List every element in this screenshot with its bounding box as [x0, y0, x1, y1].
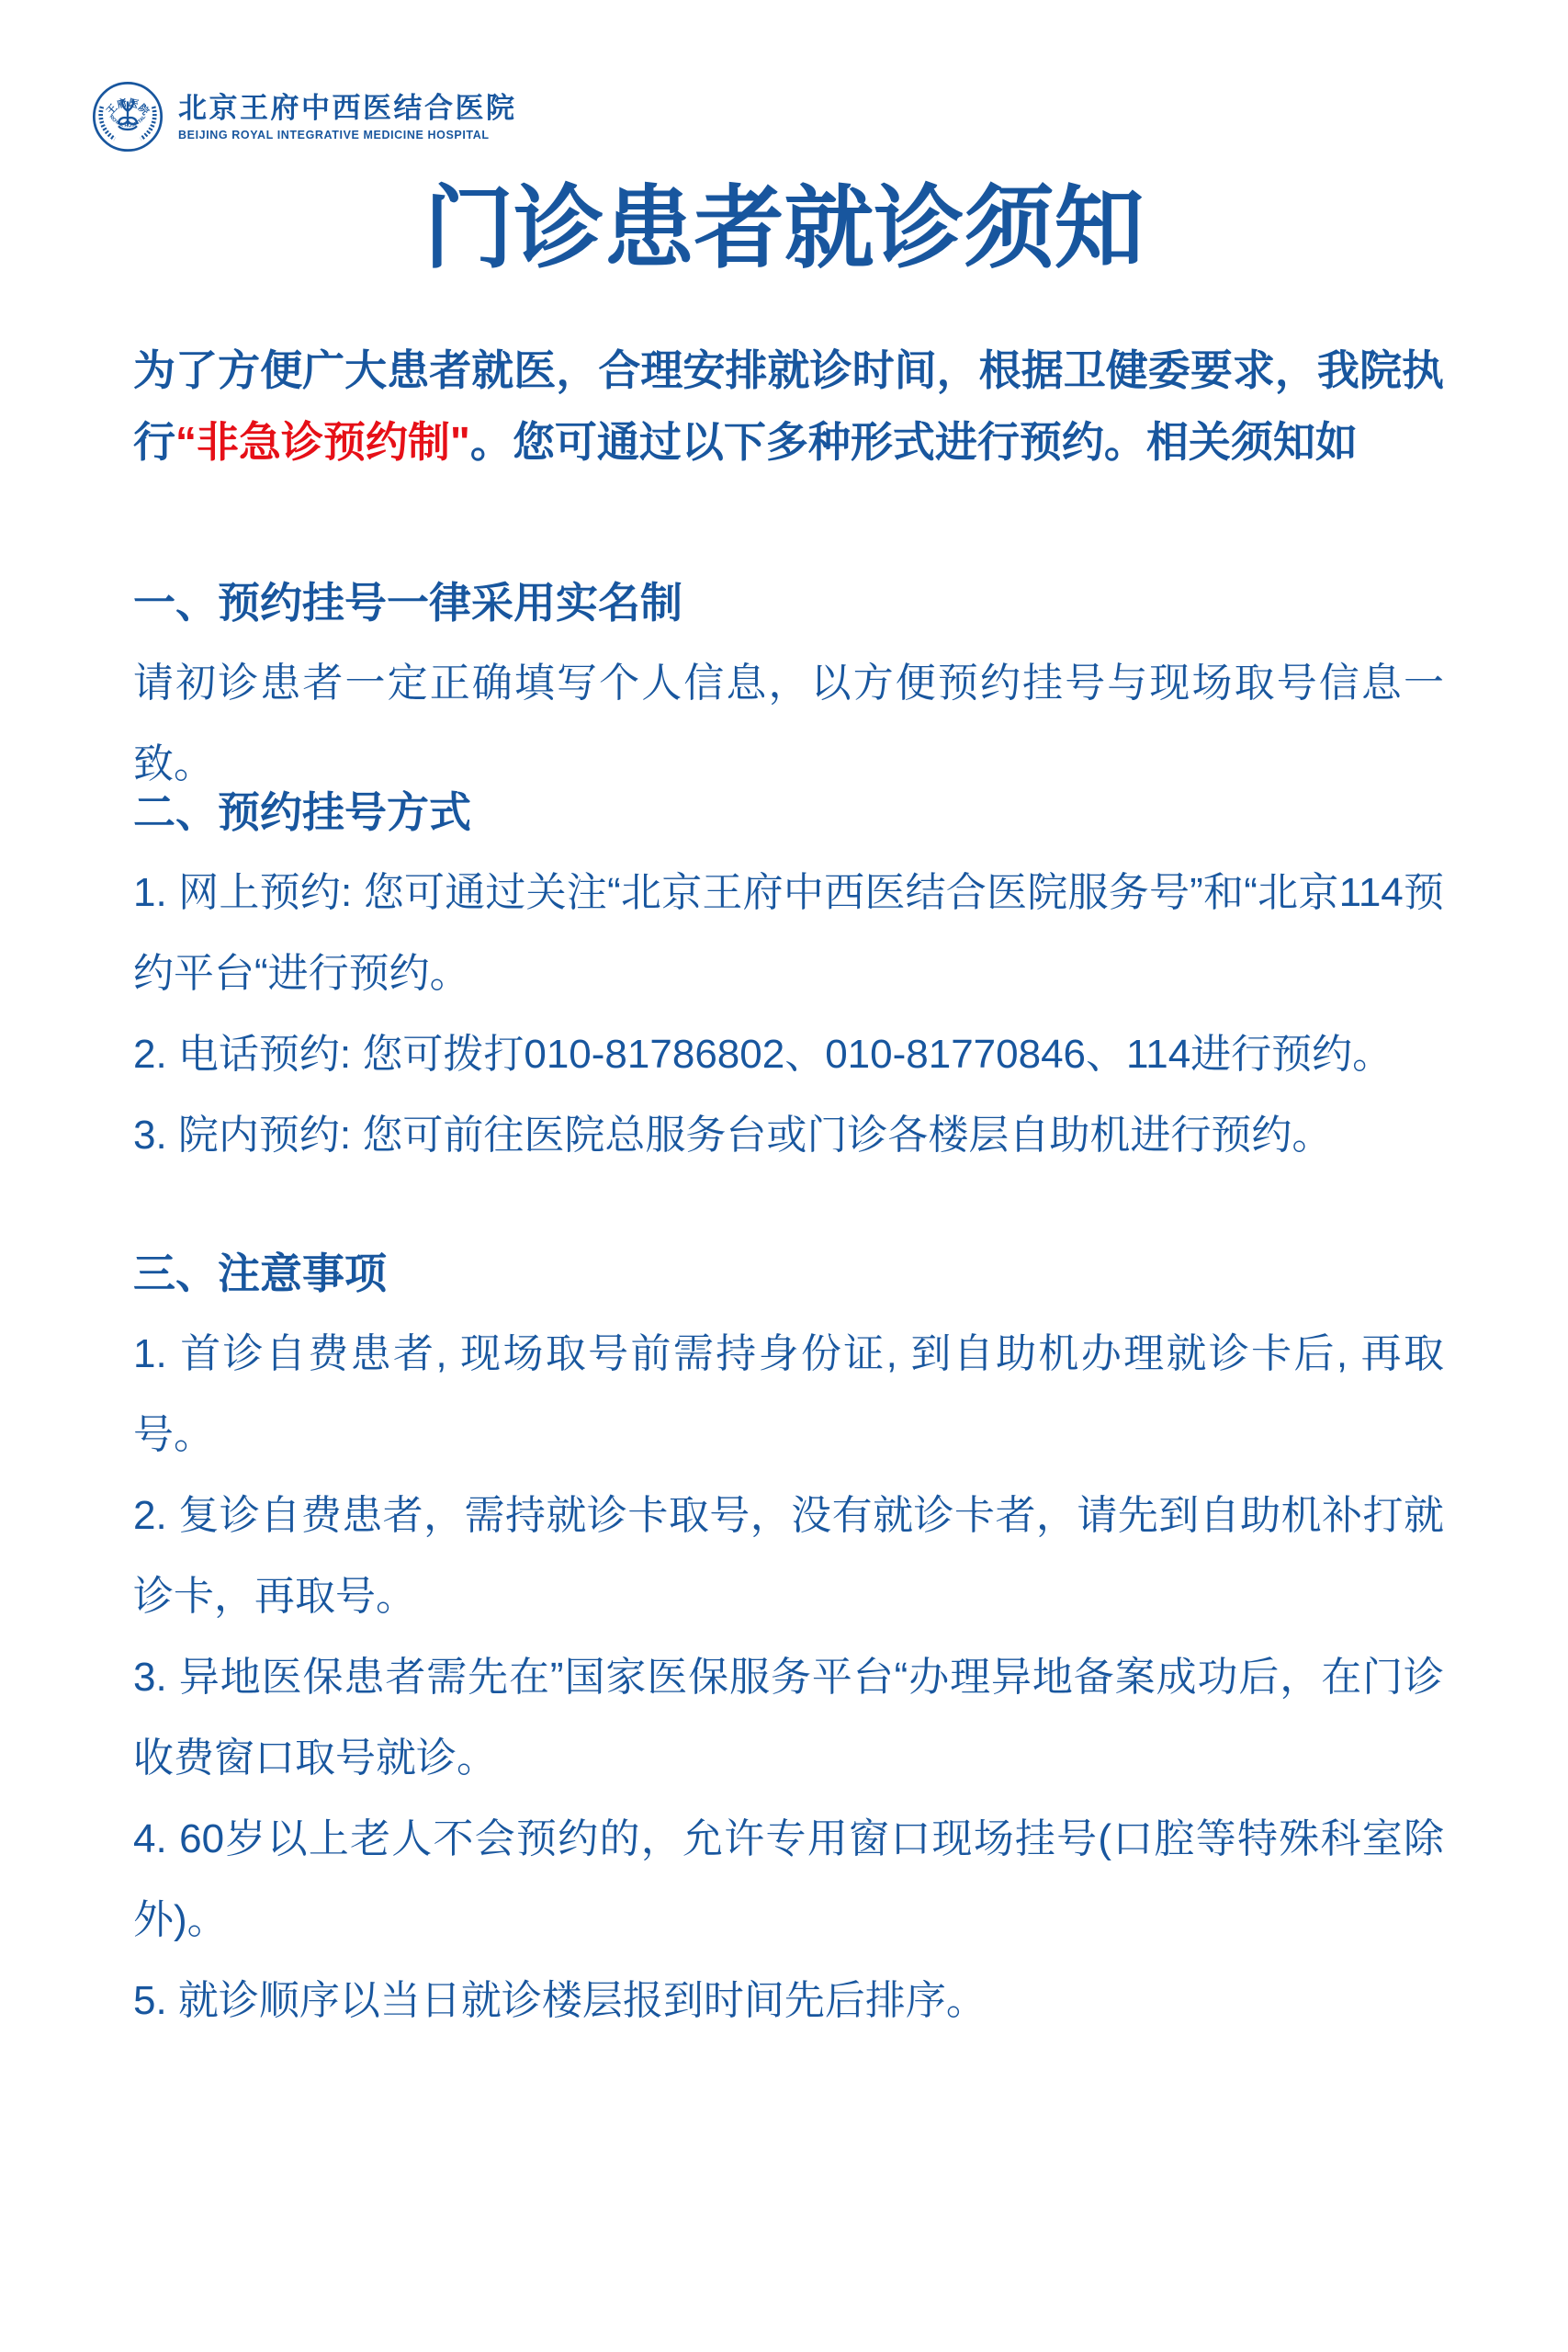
notice-section: 三、注意事项1. 首诊自费患者, 现场取号前需持身份证, 到自助机办理就诊卡后,…	[133, 1246, 1444, 2041]
notice-item: 1. 网上预约: 您可通过关注“北京王府中西医结合医院服务号”和“北京114预约…	[133, 853, 1444, 1014]
notice-page: 王府医院 ROYAL HOSPITAL 北京王府中西医结合医院 BEIJING …	[0, 0, 1568, 2352]
intro-paragraph: 为了方便广大患者就医，合理安排就诊时间，根据卫健委要求，我院执行“非急诊预约制"…	[133, 334, 1444, 478]
notice-item: 请初诊患者一定正确填写个人信息，以方便预约挂号与现场取号信息一致。	[133, 643, 1444, 805]
notice-item: 3. 异地医保患者需先在”国家医保服务平台“办理异地备案成功后，在门诊收费窗口取…	[133, 1637, 1444, 1799]
page-title: 门诊患者就诊须知	[0, 176, 1568, 279]
intro-highlight-red: “非急诊预约制"	[175, 418, 470, 466]
hospital-seal-icon: 王府医院 ROYAL HOSPITAL	[92, 81, 164, 153]
notice-item: 4. 60岁以上老人不会预约的，允许专用窗口现场挂号(口腔等特殊科室除外)。	[133, 1799, 1444, 1961]
section-heading: 一、预约挂号一律采用实名制	[133, 575, 1444, 630]
section-heading: 二、预约挂号方式	[133, 785, 1444, 840]
notice-item: 2. 复诊自费患者，需持就诊卡取号，没有就诊卡者，请先到自助机补打就诊卡，再取号…	[133, 1476, 1444, 1637]
section-heading: 三、注意事项	[133, 1246, 1444, 1301]
notice-item: 5. 就诊顺序以当日就诊楼层报到时间先后排序。	[133, 1961, 1444, 2041]
hospital-name-en: BEIJING ROYAL INTEGRATIVE MEDICINE HOSPI…	[178, 129, 517, 141]
intro-text-after: 。您可通过以下多种形式进行预约。相关须知如	[470, 418, 1358, 466]
notice-item: 1. 首诊自费患者, 现场取号前需持身份证, 到自助机办理就诊卡后, 再取号。	[133, 1314, 1444, 1476]
hospital-name-cn: 北京王府中西医结合医院	[178, 92, 517, 125]
hospital-brand: 王府医院 ROYAL HOSPITAL 北京王府中西医结合医院 BEIJING …	[92, 81, 517, 153]
notice-item: 2. 电话预约: 您可拨打010-81786802、010-81770846、1…	[133, 1014, 1444, 1095]
notice-section: 一、预约挂号一律采用实名制请初诊患者一定正确填写个人信息，以方便预约挂号与现场取…	[133, 575, 1444, 805]
notice-item: 3. 院内预约: 您可前往医院总服务台或门诊各楼层自助机进行预约。	[133, 1095, 1444, 1176]
notice-section: 二、预约挂号方式1. 网上预约: 您可通过关注“北京王府中西医结合医院服务号”和…	[133, 785, 1444, 1176]
